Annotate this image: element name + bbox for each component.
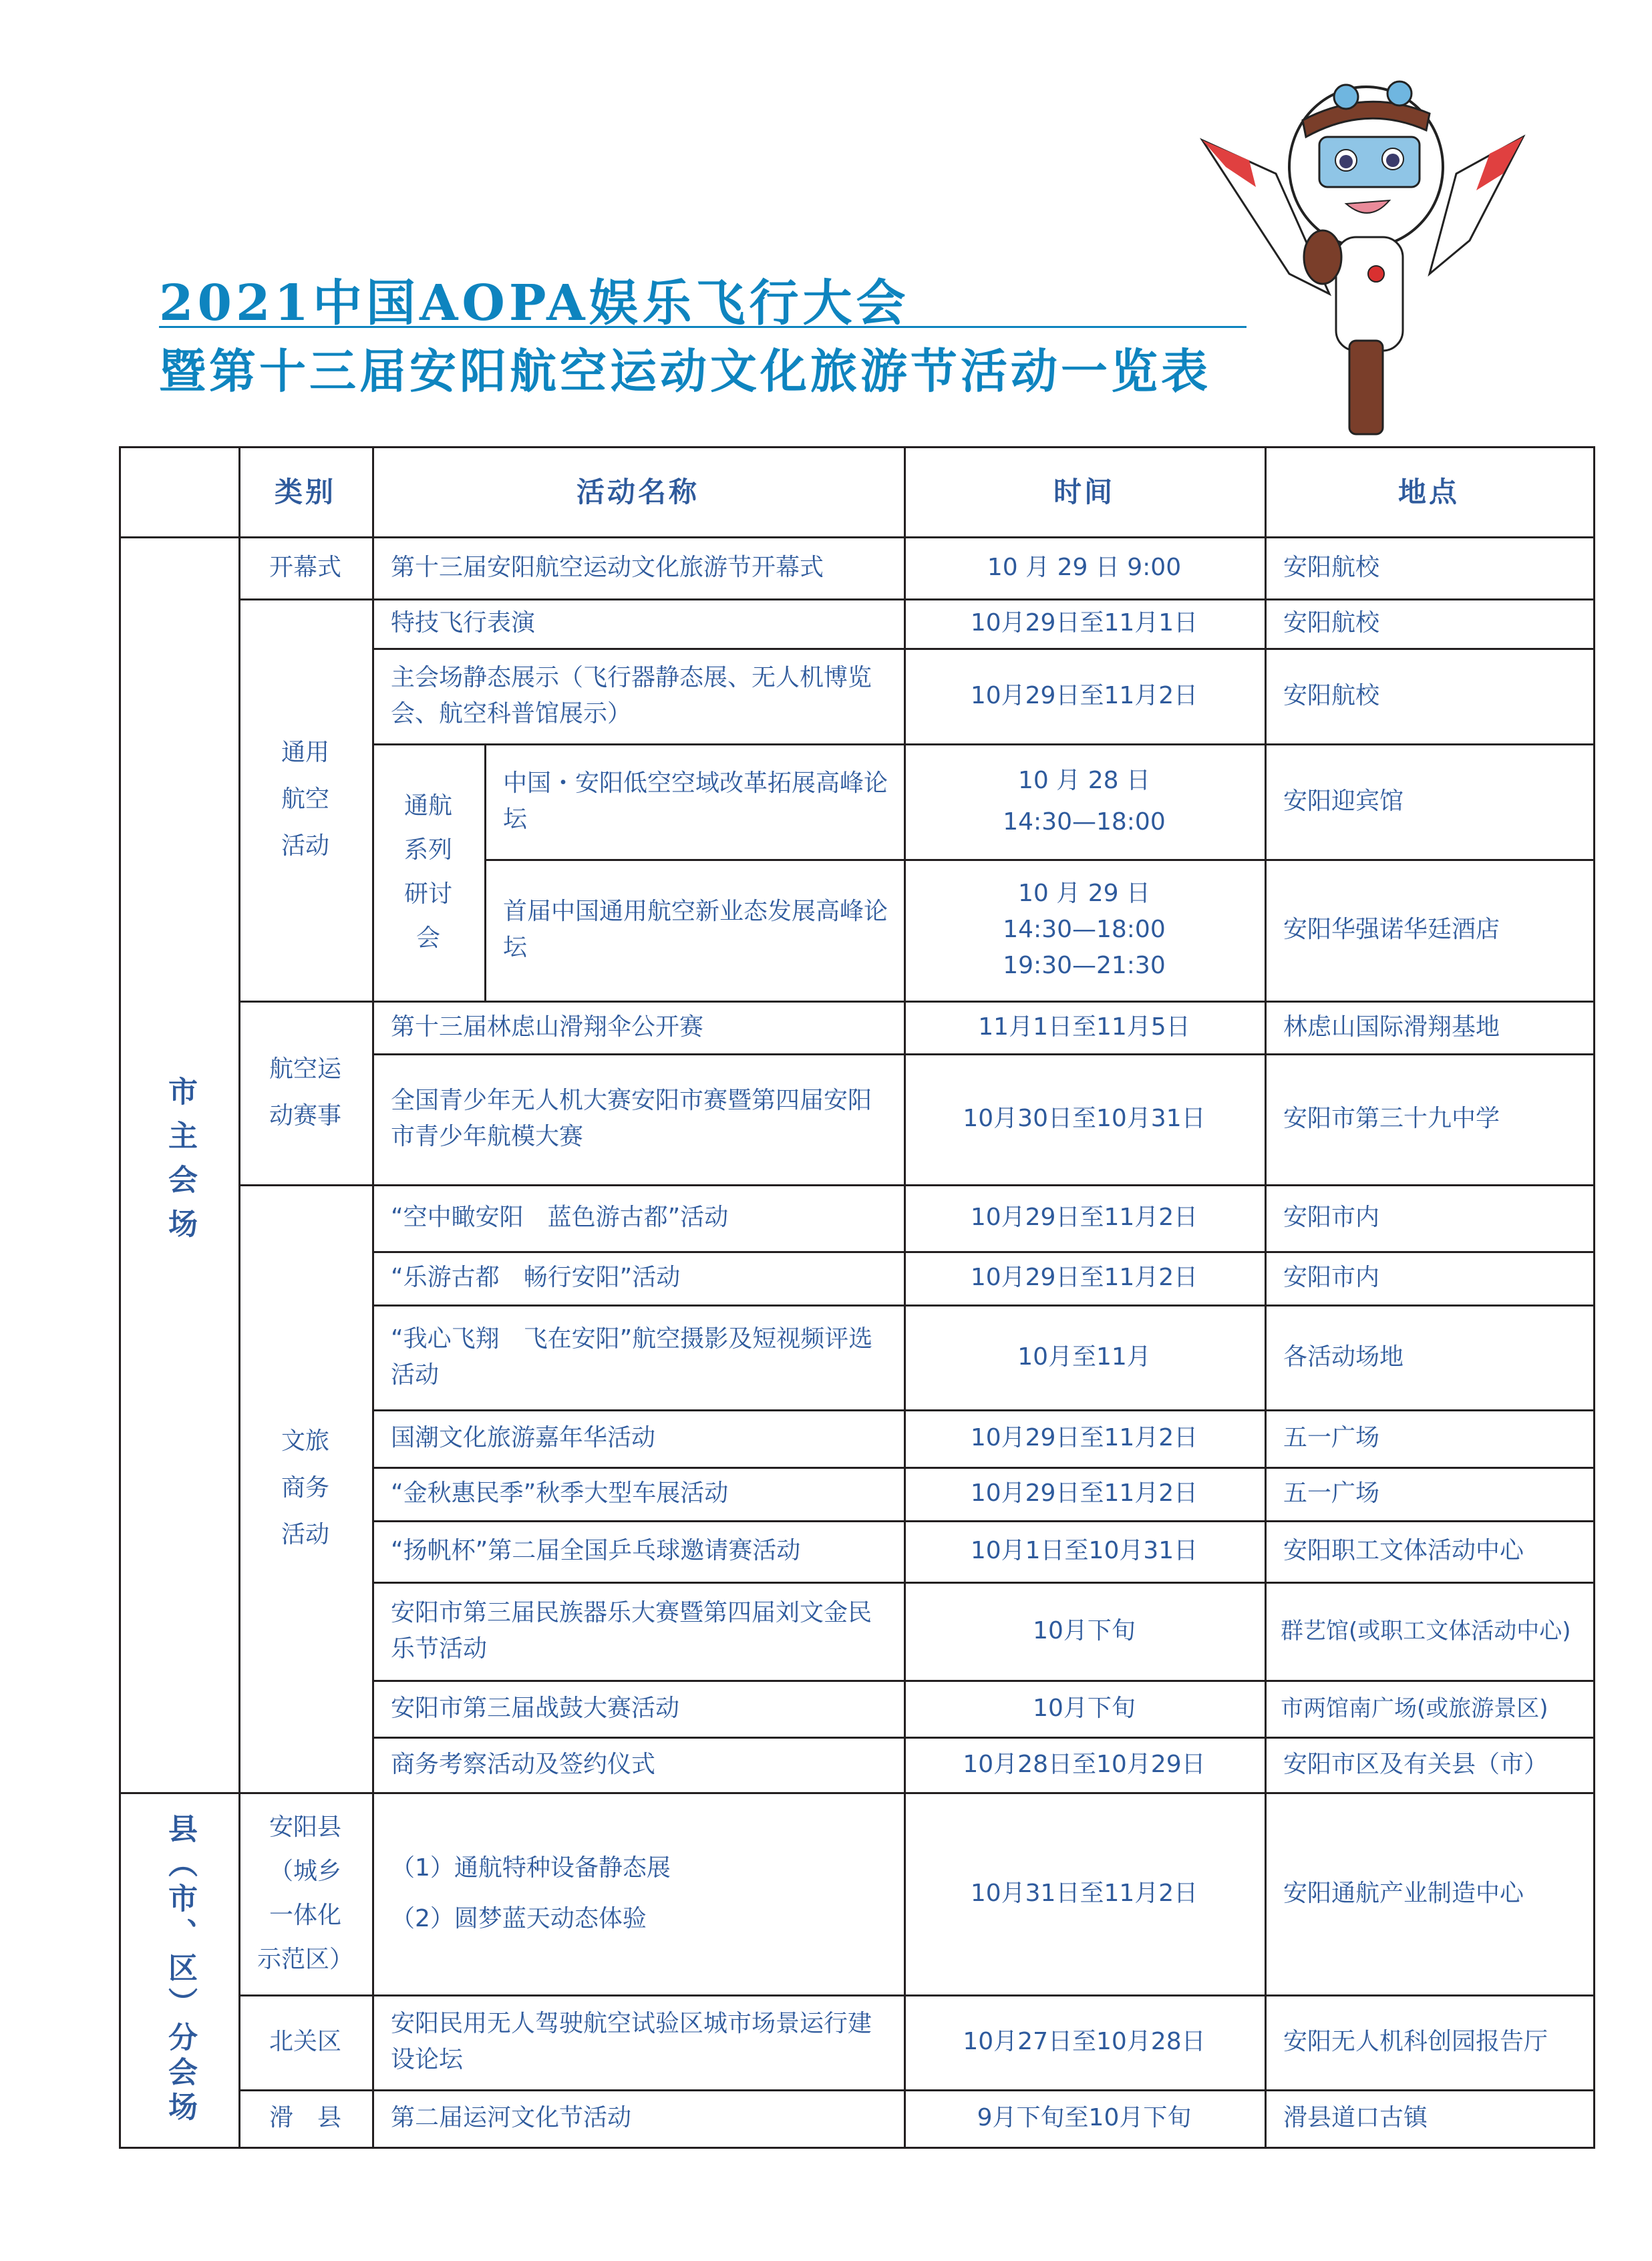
category-culture: 文旅 商务 活动 bbox=[238, 1184, 374, 1794]
activity-location: 安阳市第三十九中学 bbox=[1265, 1053, 1595, 1186]
activity-time: 10月至11月 bbox=[904, 1305, 1267, 1411]
activity-name: 特技飞行表演 bbox=[372, 598, 906, 650]
category-general-aviation: 通用 航空 活动 bbox=[238, 598, 374, 1003]
activity-location: 五一广场 bbox=[1265, 1467, 1595, 1522]
venue-branch-label: 县（市、区）分会场 bbox=[162, 1813, 198, 2126]
category-general-aviation-label: 通用 航空 活动 bbox=[281, 729, 329, 870]
activity-time: 10 月 28 日 14:30—18:00 bbox=[904, 743, 1267, 861]
activity-time: 10月29日至11月2日 bbox=[904, 1251, 1267, 1307]
activity-location: 安阳市区及有关县（市） bbox=[1265, 1737, 1595, 1794]
activity-location: 安阳市内 bbox=[1265, 1251, 1595, 1307]
activity-time: 10月31日至11月2日 bbox=[904, 1792, 1267, 1996]
activity-name: 安阳市第三届战鼓大赛活动 bbox=[372, 1680, 906, 1739]
activity-time: 10月下旬 bbox=[904, 1680, 1267, 1739]
category-seminar: 通航 系列 研讨 会 bbox=[372, 743, 486, 1003]
activity-name: 第十三届林虑山滑翔伞公开赛 bbox=[372, 1001, 906, 1055]
activity-time: 10月29日至11月1日 bbox=[904, 598, 1267, 650]
activity-name: 第十三届安阳航空运动文化旅游节开幕式 bbox=[372, 536, 906, 600]
activity-location: 安阳航校 bbox=[1265, 536, 1595, 600]
activity-location: 安阳迎宾馆 bbox=[1265, 743, 1595, 861]
header-location: 地点 bbox=[1265, 446, 1595, 538]
activity-time: 10月29日至11月2日 bbox=[904, 1467, 1267, 1522]
activity-name: “空中瞰安阳 蓝色游古都”活动 bbox=[372, 1184, 906, 1253]
header-activity-name: 活动名称 bbox=[372, 446, 906, 538]
activity-location: 林虑山国际滑翔基地 bbox=[1265, 1001, 1595, 1055]
activity-name: “我心飞翔 飞在安阳”航空摄影及短视频评选活动 bbox=[372, 1305, 906, 1411]
activity-time: 11月1日至11月5日 bbox=[904, 1001, 1267, 1055]
category-huaxian: 滑 县 bbox=[238, 2089, 374, 2149]
category-opening: 开幕式 bbox=[238, 536, 374, 600]
activity-time: 10月30日至10月31日 bbox=[904, 1053, 1267, 1186]
activity-location: 滑县道口古镇 bbox=[1265, 2089, 1595, 2149]
header-time: 时间 bbox=[904, 446, 1267, 538]
activity-location: 安阳市内 bbox=[1265, 1184, 1595, 1253]
category-seminar-label: 通航 系列 研讨 会 bbox=[404, 784, 452, 961]
activity-location: 安阳华强诺华廷酒店 bbox=[1265, 859, 1595, 1003]
activity-time: 10月下旬 bbox=[904, 1582, 1267, 1682]
activity-name: “扬帆杯”第二届全国乒乓球邀请赛活动 bbox=[372, 1520, 906, 1584]
category-sports-label: 航空运 动赛事 bbox=[269, 1046, 341, 1140]
activity-location: 安阳航校 bbox=[1265, 598, 1595, 650]
activity-time: 10月28日至10月29日 bbox=[904, 1737, 1267, 1794]
activity-time: 10月29日至11月2日 bbox=[904, 648, 1267, 745]
title-divider bbox=[159, 326, 1247, 328]
activity-location: 五一广场 bbox=[1265, 1409, 1595, 1469]
category-culture-label: 文旅 商务 活动 bbox=[281, 1418, 329, 1558]
header-venue-blank bbox=[119, 446, 240, 538]
activity-location: 各活动场地 bbox=[1265, 1305, 1595, 1411]
activity-name: 主会场静态展示（飞行器静态展、无人机博览会、航空科普馆展示） bbox=[372, 648, 906, 745]
activity-name: 首届中国通用航空新业态发展高峰论坛 bbox=[484, 859, 906, 1003]
category-anyang-county: 安阳县 （城乡 一体化 示范区） bbox=[238, 1792, 374, 1996]
activity-time: 10月29日至11月2日 bbox=[904, 1184, 1267, 1253]
activity-name: 商务考察活动及签约仪式 bbox=[372, 1737, 906, 1794]
activity-name: “乐游古都 畅行安阳”活动 bbox=[372, 1251, 906, 1307]
activity-name: 安阳市第三届民族器乐大赛暨第四届刘文金民乐节活动 bbox=[372, 1582, 906, 1682]
category-beiguan: 北关区 bbox=[238, 1994, 374, 2091]
activity-name: “金秋惠民季”秋季大型车展活动 bbox=[372, 1467, 906, 1522]
activity-name: （1）通航特种设备静态展 （2）圆梦蓝天动态体验 bbox=[372, 1792, 906, 1996]
activity-name: 全国青少年无人机大赛安阳市赛暨第四届安阳市青少年航模大赛 bbox=[372, 1053, 906, 1186]
venue-main: 市主会场 bbox=[119, 536, 240, 1794]
venue-main-label: 市主会场 bbox=[162, 1076, 198, 1252]
activity-name: 安阳民用无人驾驶航空试验区城市场景运行建设论坛 bbox=[372, 1994, 906, 2091]
activity-location: 安阳职工文体活动中心 bbox=[1265, 1520, 1595, 1584]
activity-time: 10月27日至10月28日 bbox=[904, 1994, 1267, 2091]
activity-location: 群艺馆(或职工文体活动中心) bbox=[1265, 1582, 1595, 1682]
activity-time: 10 月 29 日 14:30—18:00 19:30—21:30 bbox=[904, 859, 1267, 1003]
activity-time: 10月29日至11月2日 bbox=[904, 1409, 1267, 1469]
activity-location: 安阳通航产业制造中心 bbox=[1265, 1792, 1595, 1996]
activity-time: 9月下旬至10月下旬 bbox=[904, 2089, 1267, 2149]
category-anyang-county-label: 安阳县 （城乡 一体化 示范区） bbox=[257, 1805, 353, 1982]
activity-location: 安阳无人机科创园报告厅 bbox=[1265, 1994, 1595, 2091]
activity-time: 10月1日至10月31日 bbox=[904, 1520, 1267, 1584]
page-title-line1: 2021中国AOPA娱乐飞行大会 bbox=[159, 264, 910, 335]
aviation-mascot-icon bbox=[1176, 73, 1550, 448]
header-category: 类别 bbox=[238, 446, 374, 538]
activity-name: 第二届运河文化节活动 bbox=[372, 2089, 906, 2149]
activity-name: 中国・安阳低空空域改革拓展高峰论坛 bbox=[484, 743, 906, 861]
venue-branch: 县（市、区）分会场 bbox=[119, 1792, 240, 2149]
activity-location: 安阳航校 bbox=[1265, 648, 1595, 745]
category-sports: 航空运 动赛事 bbox=[238, 1001, 374, 1186]
activity-time: 10 月 29 日 9:00 bbox=[904, 536, 1267, 600]
activity-location: 市两馆南广场(或旅游景区) bbox=[1265, 1680, 1595, 1739]
activity-name: 国潮文化旅游嘉年华活动 bbox=[372, 1409, 906, 1469]
page-title-line2: 暨第十三届安阳航空运动文化旅游节活动一览表 bbox=[159, 334, 1211, 401]
